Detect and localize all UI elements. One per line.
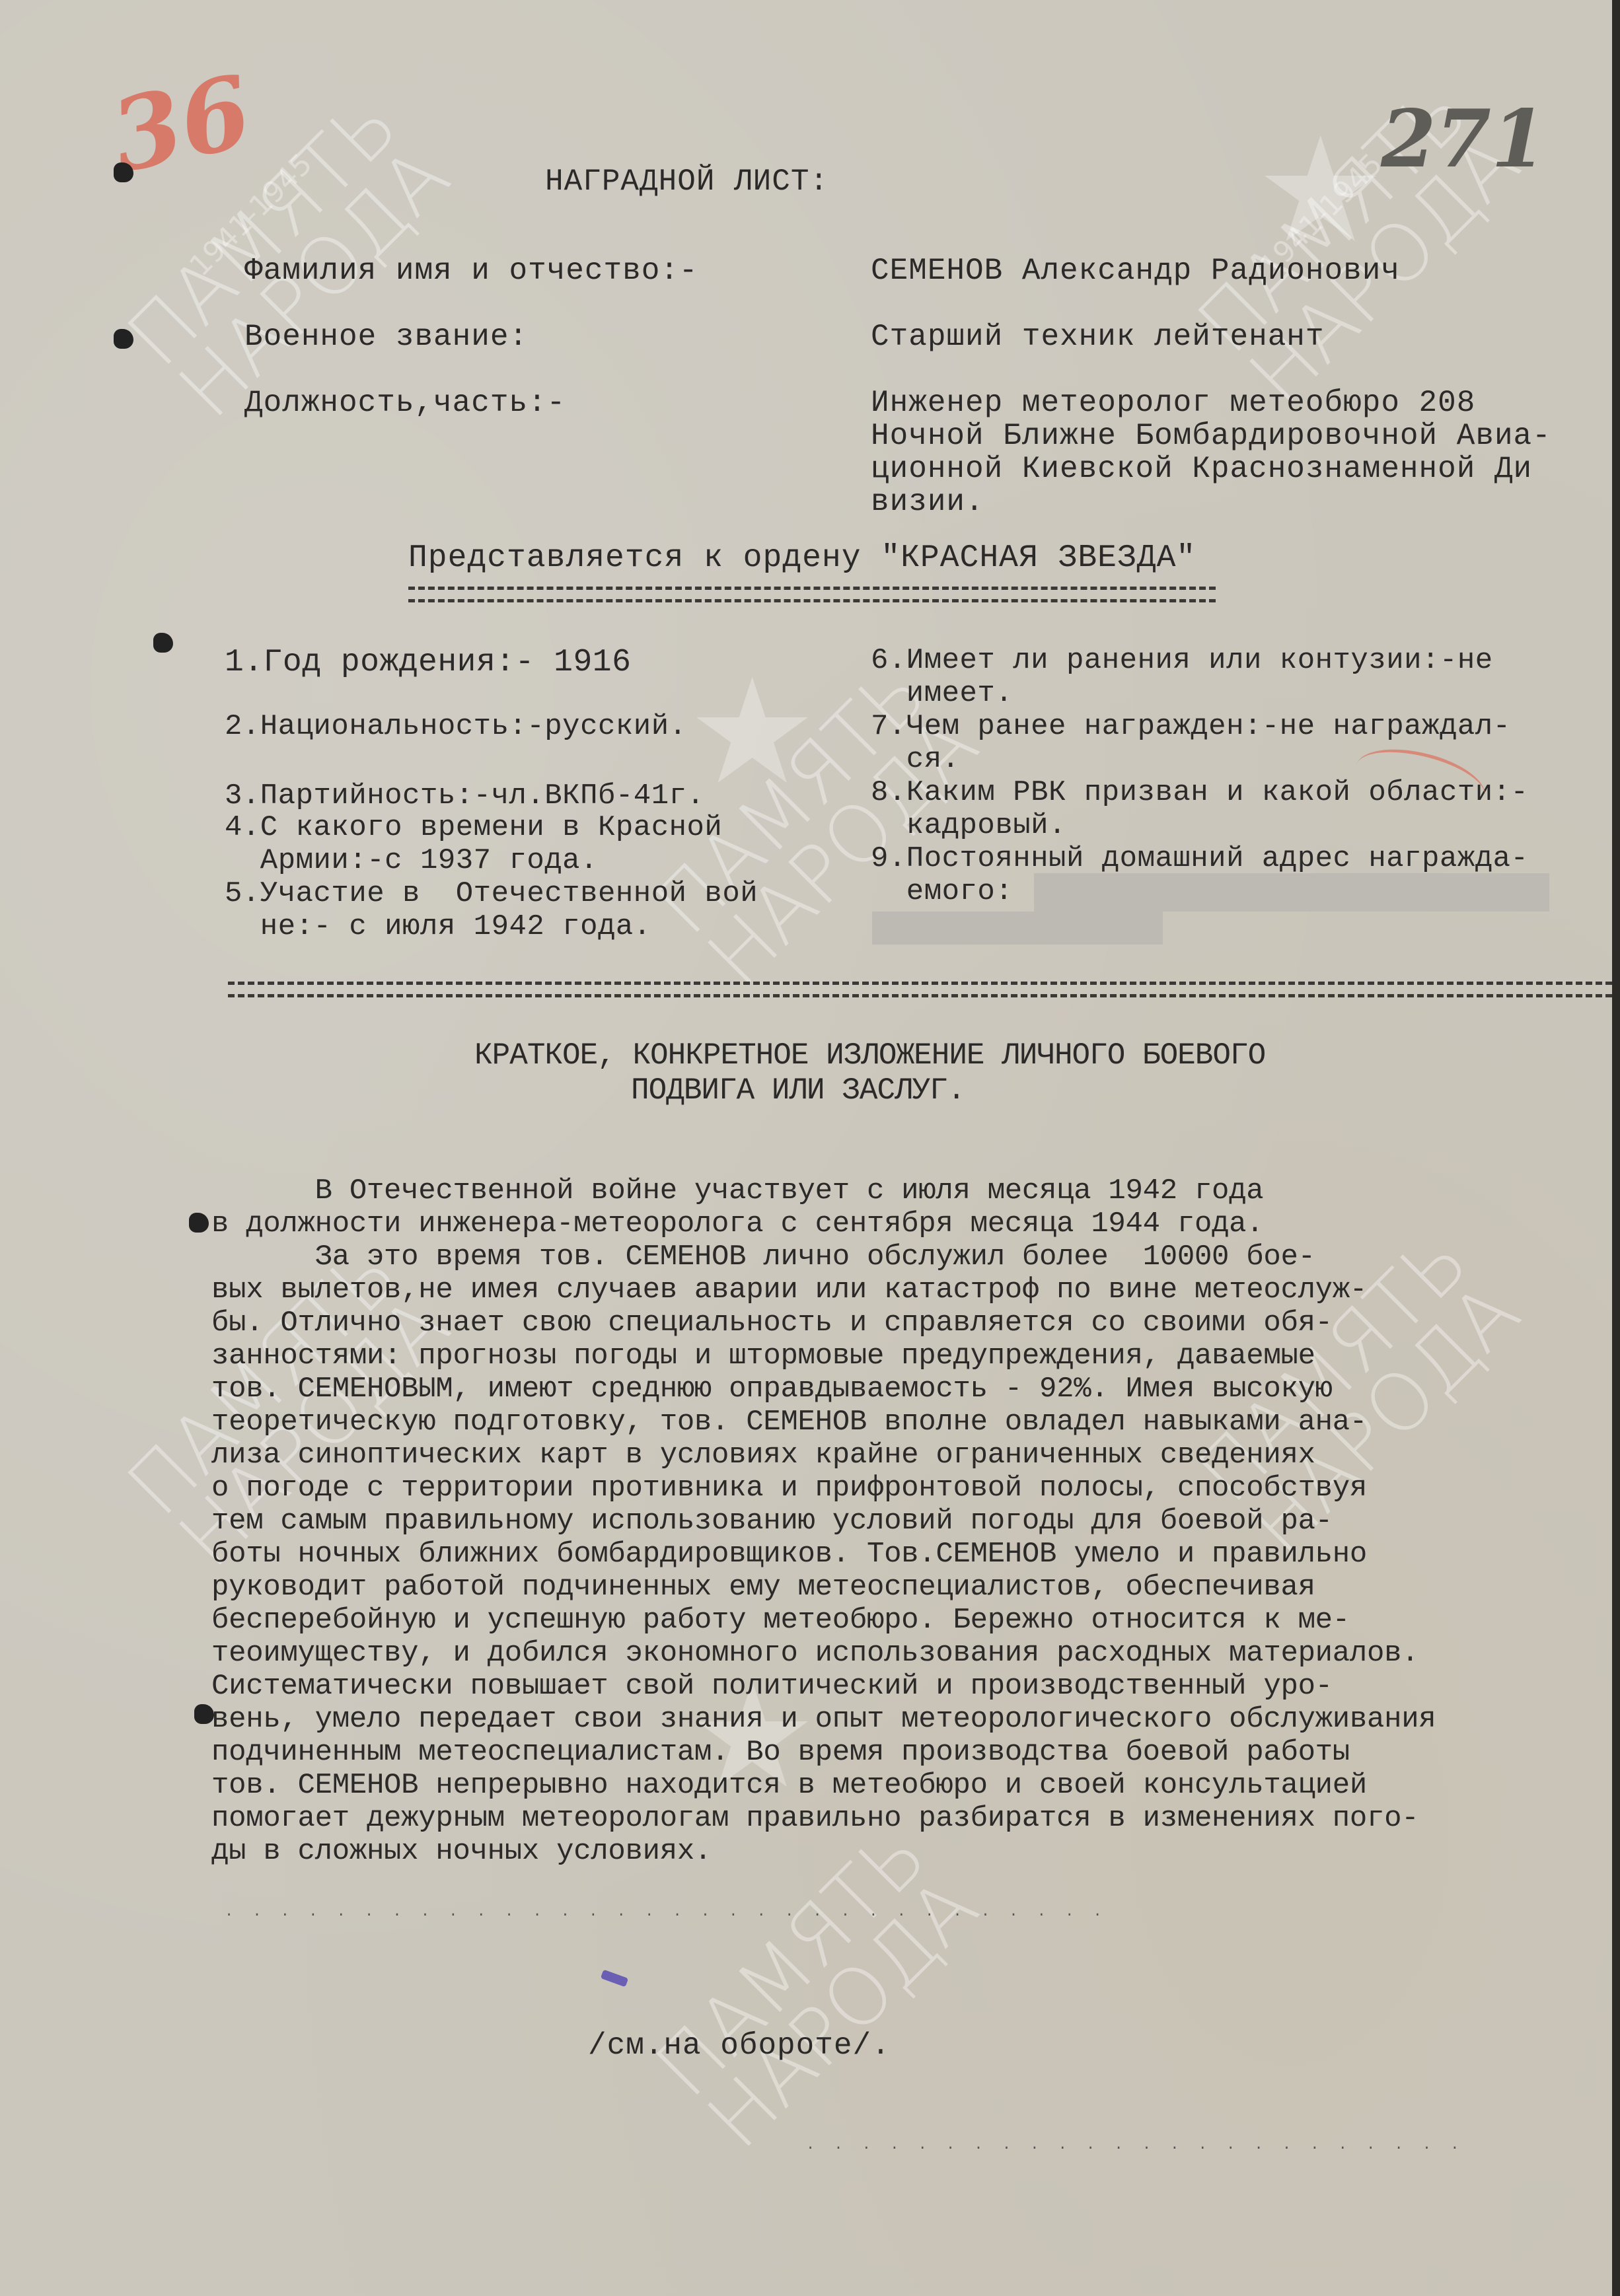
narrative-line: теоимуществу, и добился экономного испол…	[211, 1637, 1418, 1670]
question-prior-awards-cont: ся.	[871, 743, 960, 776]
punch-hole	[153, 633, 173, 653]
section-divider	[228, 982, 1612, 997]
narrative-heading-cont: ПОДВИГА ИЛИ ЗАСЛУГ.	[631, 1073, 965, 1108]
narrative-line: тем самым правильному использованию усло…	[211, 1505, 1333, 1538]
question-party: 3.Партийность:-чл.ВКПб-41г.	[225, 779, 704, 812]
question-nationality: 2.Национальность:-русский.	[225, 710, 687, 743]
handwritten-page-number: 271	[1381, 92, 1547, 186]
narrative-line: лиза синоптических карт в условиях крайн…	[211, 1439, 1315, 1472]
narrative-line: Систематически повышает свой политически…	[211, 1670, 1333, 1703]
redacted-address	[1034, 873, 1549, 912]
punch-hole	[114, 329, 133, 349]
award-nomination-line: Представляется к ордену "КРАСНАЯ ЗВЕЗДА"	[408, 542, 1196, 575]
narrative-line: ды в сложных ночных условиях.	[211, 1835, 712, 1868]
faint-dotted-line: . . . . . . . . . . . . . . . . . . . . …	[225, 1904, 1107, 1920]
question-army-since-cont: Армии:-с 1937 года.	[225, 844, 598, 877]
field-value-position-line: Инженер метеоролог метеобюро 208	[871, 386, 1475, 419]
field-value-rank: Старший техник лейтенант	[871, 320, 1325, 353]
field-value-position-line: визии.	[871, 485, 984, 519]
redacted-address	[872, 912, 1163, 945]
narrative-line: вых вылетов,не имея случаев аварии или к…	[211, 1274, 1367, 1307]
see-reverse-note: /см.на обороте/.	[588, 2029, 891, 2062]
narrative-line: В Отечественной войне участвует с июля м…	[211, 1174, 1263, 1207]
double-underline	[408, 587, 1216, 602]
field-value-full-name: СЕМЕНОВ Александр Радионович	[871, 254, 1400, 287]
punch-hole	[189, 1213, 209, 1233]
narrative-line: занностями: прогнозы погоды и штормовые …	[211, 1340, 1315, 1373]
question-birth-year: 1.Год рождения:- 1916	[225, 646, 631, 679]
field-value-position-line: ционной Киевской Краснознаменной Ди	[871, 452, 1532, 485]
award-sheet-page: ★ ПАМЯТЬ НАРОДА 1941-1945 ПАМЯТЬ НАРОДА …	[0, 0, 1620, 2296]
narrative-line: тов. СЕМЕНОВЫМ, имеют среднюю оправдывае…	[211, 1373, 1333, 1406]
narrative-heading: КРАТКОЕ, КОНКРЕТНОЕ ИЗЛОЖЕНИЕ ЛИЧНОГО БО…	[474, 1038, 1265, 1073]
field-value-position-line: Ночной Ближне Бомбардировочной Авиа-	[871, 419, 1551, 452]
document-title: НАГРАДНОЙ ЛИСТ:	[545, 165, 828, 198]
question-home-address-cont: емого:	[871, 875, 1013, 908]
narrative-line: тов. СЕМЕНОВ непрерывно находится в мете…	[211, 1769, 1367, 1802]
narrative-line: За это время тов. СЕМЕНОВ лично обслужил…	[211, 1240, 1315, 1274]
field-label-position-unit: Должность,часть:-	[244, 386, 566, 419]
field-label-full-name: Фамилия имя и отчество:-	[244, 254, 698, 287]
narrative-line: руководит работой подчиненных ему метеос…	[211, 1571, 1315, 1604]
question-draft-office-cont: кадровый.	[871, 809, 1066, 842]
question-wounds: 6.Имеет ли ранения или контузии:-не	[871, 644, 1493, 677]
faint-dotted-line: . . . . . . . . . . . . . . . . . . . . …	[806, 2137, 1465, 2153]
field-label-rank: Военное звание:	[244, 320, 528, 353]
punch-hole	[114, 162, 133, 182]
narrative-line: боты ночных ближних бомбардировщиков. То…	[211, 1538, 1367, 1571]
narrative-line: бы. Отлично знает свою специальность и с…	[211, 1307, 1333, 1340]
narrative-line: вень, умело передает свои знания и опыт …	[211, 1703, 1436, 1736]
narrative-line: о погоде с территории противника и прифр…	[211, 1472, 1367, 1505]
narrative-line: в должности инженера-метеоролога с сентя…	[211, 1207, 1263, 1240]
narrative-line: теоретическую подготовку, тов. СЕМЕНОВ в…	[211, 1406, 1367, 1439]
narrative-line: подчиненным метеоспециалистам. Во время …	[211, 1736, 1350, 1769]
watermark: ПАМЯТЬ НАРОДА	[646, 1816, 990, 2160]
question-wounds-cont: имеет.	[871, 677, 1013, 710]
blue-pencil-mark	[601, 1970, 628, 1988]
narrative-line: бесперебойную и успешную работу метеобюр…	[211, 1604, 1350, 1637]
question-home-address: 9.Постоянный домашний адрес награжда-	[871, 842, 1528, 875]
question-prior-awards: 7.Чем ранее награжден:-не награждал-	[871, 710, 1511, 743]
narrative-line: помогает дежурным метеорологам правильно…	[211, 1802, 1418, 1835]
question-war-participation-cont: не:- с июля 1942 года.	[225, 910, 651, 943]
question-army-since: 4.С какого времени в Красной	[225, 811, 722, 844]
red-pencil-mark	[1350, 738, 1492, 824]
question-war-participation: 5.Участие в Отечественной вой	[225, 877, 758, 910]
